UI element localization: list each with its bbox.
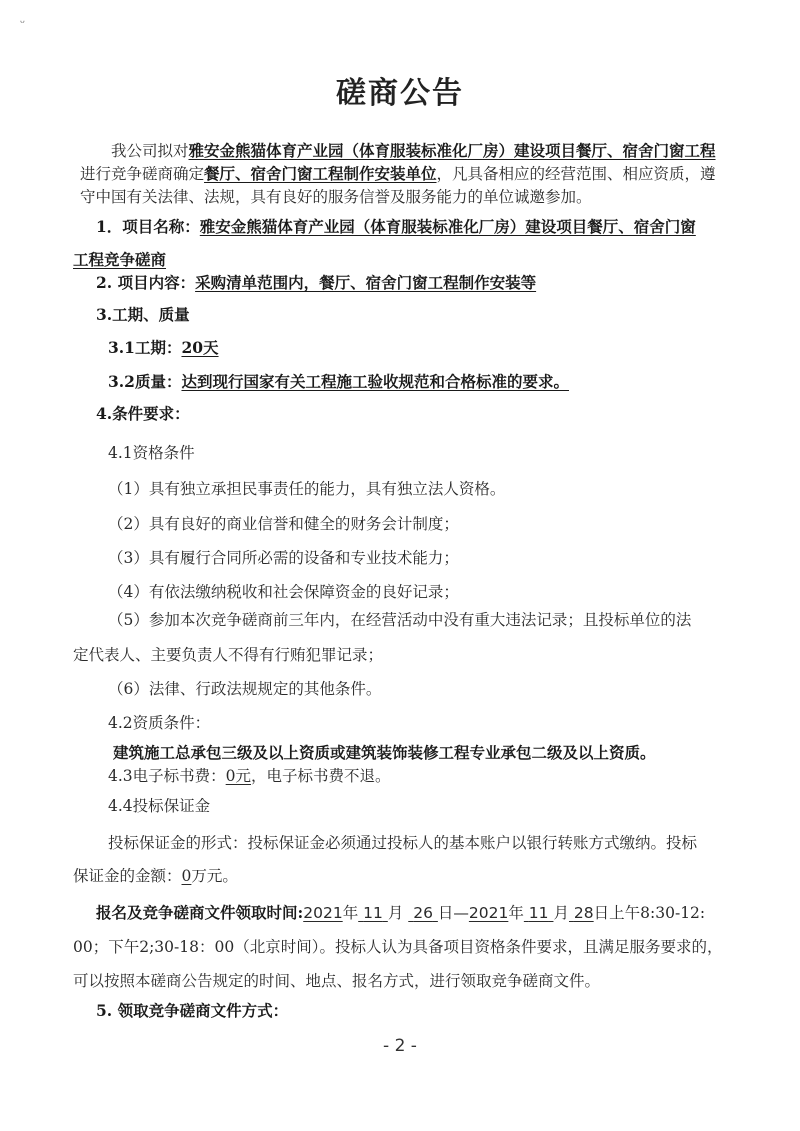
cert-value: 建筑施工总承包三级及以上资质或建筑装饰装修工程专业承包二级及以上资质。 xyxy=(113,743,656,763)
section-3-label: 3.工期、质量 xyxy=(96,305,190,325)
fee-line: 4.3电子标书费：0元，电子标书费不退。 xyxy=(108,766,391,786)
year-char: 年 xyxy=(343,904,359,922)
qualification-item-1: （1）具有独立承担民事责任的能力，具有独立法人资格。 xyxy=(108,479,505,499)
qualification-item-5-cont: 定代表人、主要负责人不得有行贿犯罪记录； xyxy=(73,645,383,665)
section-1-line-1: 1．项目名称：雅安金熊猫体育产业园（体育服装标准化厂房）建设项目餐厅、宿舍门窗 xyxy=(96,217,696,237)
document-title: 磋商公告 xyxy=(0,68,800,112)
registration-line-3: 可以按照本磋商公告规定的时间、地点、报名方式，进行领取竞争磋商文件。 xyxy=(73,971,600,991)
deposit-label: 4.4投标保证金 xyxy=(108,796,210,816)
intro-line-2: 进行竞争磋商确定餐厅、宿舍门窗工程制作安装单位，凡具备相应的经营范围、相应资质，… xyxy=(80,164,716,184)
start-year: 2021 xyxy=(303,904,342,922)
section-2-value: 采购清单范围内，餐厅、宿舍门窗工程制作安装等 xyxy=(195,273,536,292)
duration-value: 20天 xyxy=(181,338,218,357)
quality-value: 达到现行国家有关工程施工验收规范和合格标准的要求。 xyxy=(181,372,569,391)
document-page: ᴗ 磋商公告 我公司拟对雅安金熊猫体育产业园（体育服装标准化厂房）建设项目餐厅、… xyxy=(0,0,800,1131)
cert-label: 4.2资质条件： xyxy=(108,713,210,733)
intro-line-3: 守中国有关法律、法规，具有良好的服务信誉及服务能力的单位诚邀参加。 xyxy=(80,187,592,207)
qualification-item-5: （5）参加本次竞争磋商前三年内，在经营活动中没有重大违法记录；且投标单位的法 xyxy=(108,610,691,630)
intro-text: 我公司拟对 xyxy=(111,142,189,160)
section-1-line-2: 工程竞争磋商 xyxy=(73,250,166,270)
deposit-amount-label: 保证金的金额： xyxy=(73,867,182,885)
unit-highlight: 餐厅、宿舍门窗工程制作安装单位 xyxy=(204,164,437,183)
end-day: 28 xyxy=(574,904,594,922)
project-name-highlight: 雅安金熊猫体育产业园（体育服装标准化厂房）建设项目餐厅、宿舍门窗工程 xyxy=(189,141,716,160)
page-number: - 2 - xyxy=(0,1036,800,1056)
qualification-label: 4.1资格条件 xyxy=(108,443,195,463)
qualification-item-4: （4）有依法缴纳税收和社会保障资金的良好记录； xyxy=(108,582,459,602)
section-4-label: 4.条件要求： xyxy=(96,404,190,424)
section-3-2: 3.2质量：达到现行国家有关工程施工验收规范和合格标准的要求。 xyxy=(108,372,569,392)
registration-label: 报名及竞争磋商文件领取时间: xyxy=(96,903,303,922)
intro-line-1: 我公司拟对雅安金熊猫体育产业园（体育服装标准化厂房）建设项目餐厅、宿舍门窗工程 xyxy=(111,141,716,161)
fee-label: 4.3电子标书费： xyxy=(108,767,226,785)
month-char: 月 xyxy=(388,904,404,922)
scan-artifact: ᴗ xyxy=(20,16,25,25)
deposit-unit: 万元。 xyxy=(191,867,238,885)
section-2: 2. 项目内容：采购清单范围内，餐厅、宿舍门窗工程制作安装等 xyxy=(96,273,536,293)
qualification-item-6: （6）法律、行政法规规定的其他条件。 xyxy=(108,679,381,699)
day-char: 日— xyxy=(438,904,469,922)
section-3-1: 3.1工期：20天 xyxy=(108,338,219,358)
qualification-item-2: （2）具有良好的商业信誉和健全的财务会计制度； xyxy=(108,514,459,534)
deposit-line-2: 保证金的金额：0万元。 xyxy=(73,866,238,886)
registration-line-2: 00；下午2;30-18：00（北京时间）。投标人认为具备项目资格条件要求，且满… xyxy=(73,937,722,957)
registration-line-1: 报名及竞争磋商文件领取时间:2021年 11 月 26 日—2021年 11 月… xyxy=(96,903,705,923)
deposit-amount: 0 xyxy=(182,867,192,885)
intro-text: ，凡具备相应的经营范围、相应资质，遵 xyxy=(437,165,716,183)
intro-text: 进行竞争磋商确定 xyxy=(80,165,204,183)
month-char: 月 xyxy=(553,904,569,922)
year-char: 年 xyxy=(508,904,524,922)
end-month: 11 xyxy=(529,904,549,922)
fee-value: 0元 xyxy=(226,767,251,785)
fee-note: ，电子标书费不退。 xyxy=(251,767,391,785)
start-month: 11 xyxy=(363,904,383,922)
end-year: 2021 xyxy=(469,904,508,922)
section-1-value: 雅安金熊猫体育产业园（体育服装标准化厂房）建设项目餐厅、宿舍门窗 xyxy=(200,217,696,236)
start-day: 26 xyxy=(413,904,433,922)
duration-label: 3.1工期： xyxy=(108,338,181,357)
time-range-start: 日上午8:30-12: xyxy=(594,904,706,922)
section-1-label: 1．项目名称： xyxy=(96,217,200,236)
section-2-label: 2. 项目内容： xyxy=(96,273,195,292)
quality-label: 3.2质量： xyxy=(108,372,181,391)
qualification-item-3: （3）具有履行合同所必需的设备和专业技术能力； xyxy=(108,548,459,568)
deposit-line-1: 投标保证金的形式：投标保证金必须通过投标人的基本账户以银行转账方式缴纳。投标 xyxy=(108,833,697,853)
section-5-label: 5. 领取竞争磋商文件方式： xyxy=(96,1001,288,1021)
